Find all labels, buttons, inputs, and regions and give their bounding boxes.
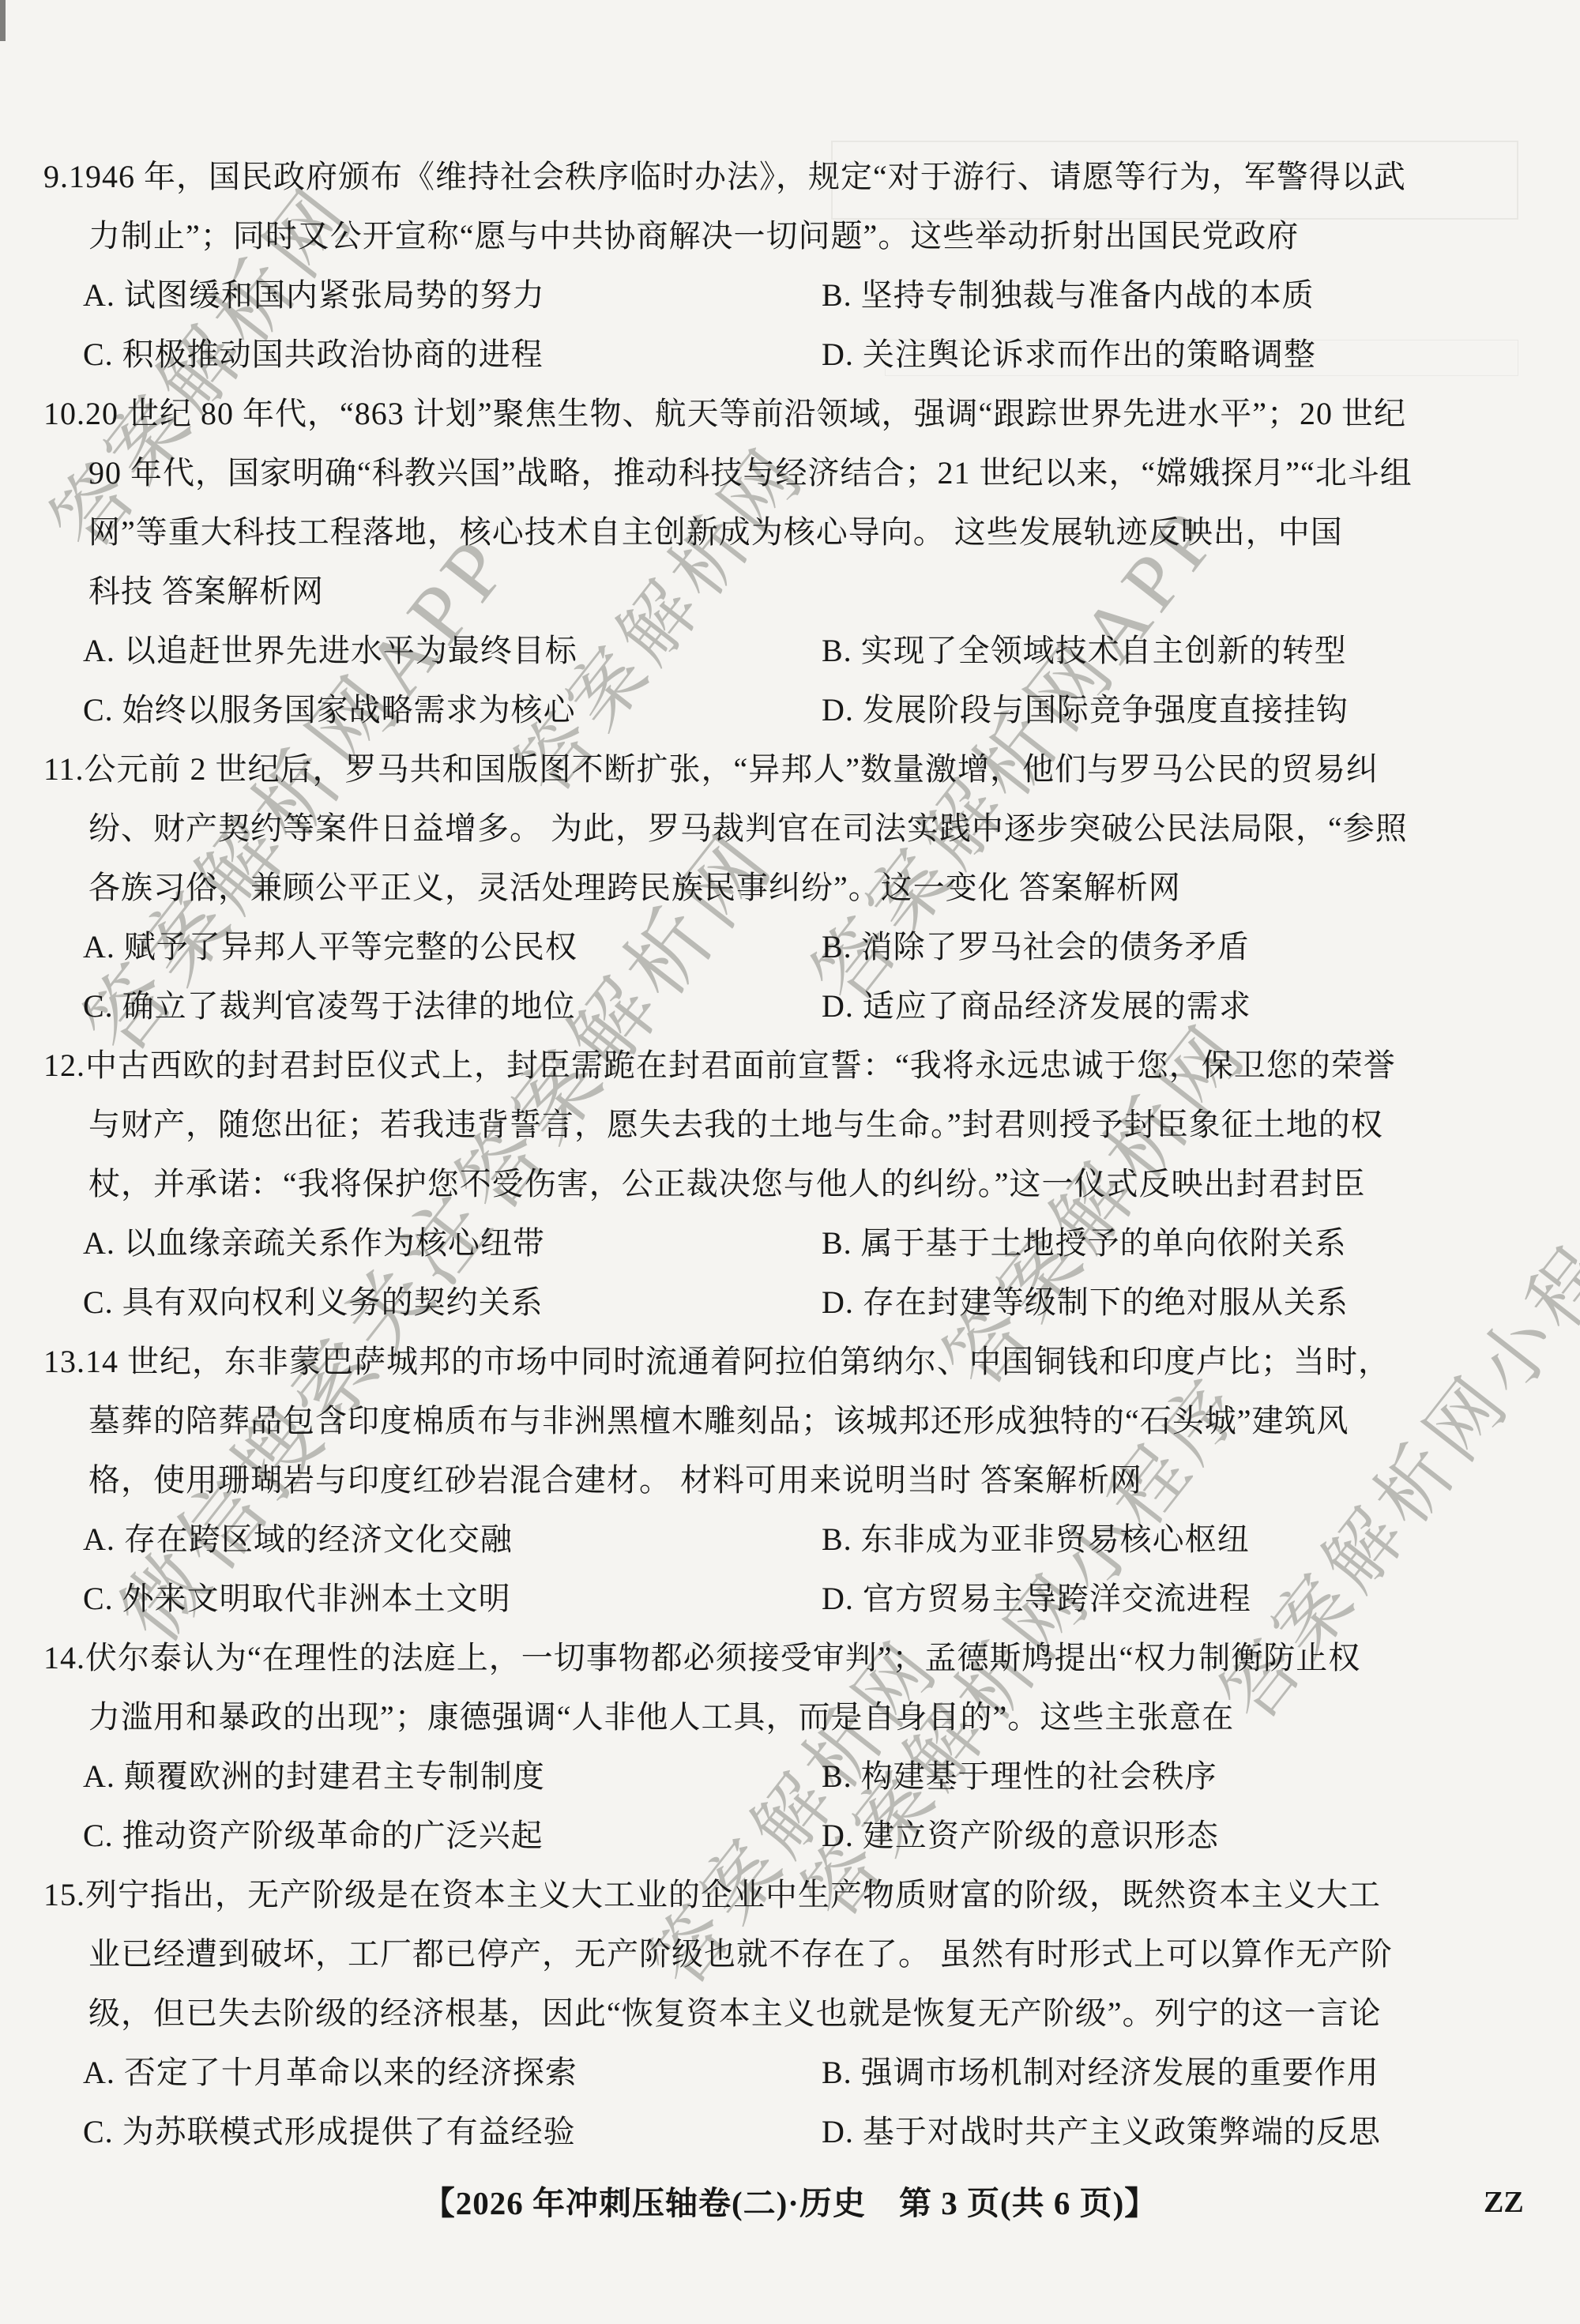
question-10: 10.20 世纪 80 年代，“863 计划”聚焦生物、航天等前沿领域，强调“跟…	[43, 384, 1540, 739]
option-b: B. 构建基于理性的社会秩序	[822, 1747, 1540, 1806]
option-d: D. 关注舆论诉求而作出的策略调整	[822, 325, 1540, 384]
option-row: A. 试图缓和国内紧张局势的努力 B. 坚持专制独裁与准备内战的本质	[43, 265, 1540, 325]
option-d: D. 官方贸易主导跨洋交流进程	[822, 1569, 1540, 1628]
option-c: C. 具有双向权利义务的契约关系	[83, 1273, 822, 1332]
option-a: A. 存在跨区域的经济文化交融	[83, 1510, 822, 1569]
option-row: C. 具有双向权利义务的契约关系 D. 存在封建等级制下的绝对服从关系	[43, 1273, 1540, 1332]
question-text-line: 格，使用珊瑚岩与印度红砂岩混合建材。 材料可用来说明当时 答案解析网	[43, 1450, 1540, 1510]
option-d: D. 适应了商品经济发展的需求	[822, 976, 1540, 1036]
option-row: A. 以血缘亲疏关系作为核心纽带 B. 属于基于土地授予的单向依附关系	[43, 1213, 1540, 1273]
question-text-line: 11.公元前 2 世纪后，罗马共和国版图不断扩张，“异邦人”数量激增，他们与罗马…	[43, 739, 1540, 799]
option-a: A. 以追赶世界先进水平为最终目标	[83, 621, 822, 680]
question-text-line: 13.14 世纪，东非蒙巴萨城邦的市场中同时流通着阿拉伯第纳尔、中国铜钱和印度卢…	[43, 1332, 1540, 1391]
option-c: C. 确立了裁判官凌驾于法律的地位	[83, 976, 822, 1036]
page-code: ZZ	[1484, 2185, 1524, 2220]
option-b: B. 属于基于土地授予的单向依附关系	[822, 1213, 1540, 1273]
question-text-line: 14.伏尔泰认为“在理性的法庭上，一切事物都必须接受审判”；孟德斯鸠提出“权力制…	[43, 1628, 1540, 1687]
question-text-line: 9.1946 年，国民政府颁布《维持社会秩序临时办法》，规定“对于游行、请愿等行…	[43, 147, 1540, 206]
question-text-line: 各族习俗，兼顾公平正义，灵活处理跨民族民事纠纷”。这一变化 答案解析网	[43, 858, 1540, 917]
option-a: A. 否定了十月革命以来的经济探索	[83, 2043, 822, 2102]
option-row: A. 以追赶世界先进水平为最终目标 B. 实现了全领域技术自主创新的转型	[43, 621, 1540, 680]
option-row: C. 确立了裁判官凌驾于法律的地位 D. 适应了商品经济发展的需求	[43, 976, 1540, 1036]
question-text-line: 杖，并承诺：“我将保护您不受伤害，公正裁决您与他人的纠纷。”这一仪式反映出封君封…	[43, 1154, 1540, 1213]
question-text-line: 力制止”；同时又公开宣称“愿与中共协商解决一切问题”。这些举动折射出国民党政府	[43, 206, 1540, 265]
option-c: C. 为苏联模式形成提供了有益经验	[83, 2102, 822, 2161]
exam-page: 答案解析网 答案解析网APP 答案解析网 微信搜索关注答案解析网 答案解析网AP…	[0, 0, 1580, 2324]
option-d: D. 存在封建等级制下的绝对服从关系	[822, 1273, 1540, 1332]
option-a: A. 试图缓和国内紧张局势的努力	[83, 265, 822, 325]
option-row: A. 否定了十月革命以来的经济探索 B. 强调市场机制对经济发展的重要作用	[43, 2043, 1540, 2102]
question-text-line: 墓葬的陪葬品包含印度棉质布与非洲黑檀木雕刻品；该城邦还形成独特的“石头城”建筑风	[43, 1391, 1540, 1450]
option-row: C. 为苏联模式形成提供了有益经验 D. 基于对战时共产主义政策弊端的反思	[43, 2102, 1540, 2161]
question-9: 9.1946 年，国民政府颁布《维持社会秩序临时办法》，规定“对于游行、请愿等行…	[43, 147, 1540, 384]
question-text-line: 纷、财产契约等案件日益增多。 为此，罗马裁判官在司法实践中逐步突破公民法局限，“…	[43, 799, 1540, 858]
question-text-line: 业已经遭到破坏，工厂都已停产，无产阶级也就不存在了。 虽然有时形式上可以算作无产…	[43, 1924, 1540, 1984]
option-b: B. 强调市场机制对经济发展的重要作用	[822, 2043, 1540, 2102]
question-text-line: 与财产，随您出征；若我违背誓言，愿失去我的土地与生命。”封君则授予封臣象征土地的…	[43, 1095, 1540, 1154]
option-b: B. 东非成为亚非贸易核心枢纽	[822, 1510, 1540, 1569]
page-footer: 【2026 年冲刺压轴卷(二)·历史 第 3 页(共 6 页)】	[0, 2177, 1580, 2224]
scan-edge-artifact	[0, 0, 6, 41]
question-11: 11.公元前 2 世纪后，罗马共和国版图不断扩张，“异邦人”数量激增，他们与罗马…	[43, 739, 1540, 1036]
option-b: B. 坚持专制独裁与准备内战的本质	[822, 265, 1540, 325]
question-text-line: 力滥用和暴政的出现”；康德强调“人非他人工具，而是自身目的”。这些主张意在	[43, 1687, 1540, 1747]
exam-content: 9.1946 年，国民政府颁布《维持社会秩序临时办法》，规定“对于游行、请愿等行…	[43, 147, 1540, 2161]
question-15: 15.列宁指出，无产阶级是在资本主义大工业的企业中生产物质财富的阶级，既然资本主…	[43, 1865, 1540, 2161]
option-d: D. 发展阶段与国际竞争强度直接挂钩	[822, 680, 1540, 739]
option-c: C. 推动资产阶级革命的广泛兴起	[83, 1806, 822, 1865]
option-a: A. 赋予了异邦人平等完整的公民权	[83, 917, 822, 976]
option-row: C. 积极推动国共政治协商的进程 D. 关注舆论诉求而作出的策略调整	[43, 325, 1540, 384]
option-row: C. 外来文明取代非洲本土文明 D. 官方贸易主导跨洋交流进程	[43, 1569, 1540, 1628]
option-c: C. 始终以服务国家战略需求为核心	[83, 680, 822, 739]
question-text-line: 级，但已失去阶级的经济根基，因此“恢复资本主义也就是恢复无产阶级”。列宁的这一言…	[43, 1984, 1540, 2043]
question-text-line: 科技 答案解析网	[43, 562, 1540, 621]
question-text-line: 12.中古西欧的封君封臣仪式上，封臣需跪在封君面前宣誓：“我将永远忠诚于您，保卫…	[43, 1036, 1540, 1095]
option-row: A. 赋予了异邦人平等完整的公民权 B. 消除了罗马社会的债务矛盾	[43, 917, 1540, 976]
question-text-line: 90 年代，国家明确“科教兴国”战略，推动科技与经济结合；21 世纪以来，“嫦娥…	[43, 443, 1540, 502]
option-d: D. 建立资产阶级的意识形态	[822, 1806, 1540, 1865]
question-13: 13.14 世纪，东非蒙巴萨城邦的市场中同时流通着阿拉伯第纳尔、中国铜钱和印度卢…	[43, 1332, 1540, 1628]
question-text-line: 15.列宁指出，无产阶级是在资本主义大工业的企业中生产物质财富的阶级，既然资本主…	[43, 1865, 1540, 1924]
question-text-line: 10.20 世纪 80 年代，“863 计划”聚焦生物、航天等前沿领域，强调“跟…	[43, 384, 1540, 443]
option-c: C. 积极推动国共政治协商的进程	[83, 325, 822, 384]
question-12: 12.中古西欧的封君封臣仪式上，封臣需跪在封君面前宣誓：“我将永远忠诚于您，保卫…	[43, 1036, 1540, 1332]
option-b: B. 消除了罗马社会的债务矛盾	[822, 917, 1540, 976]
option-row: A. 颠覆欧洲的封建君主专制制度 B. 构建基于理性的社会秩序	[43, 1747, 1540, 1806]
question-text-line: 网”等重大科技工程落地，核心技术自主创新成为核心导向。 这些发展轨迹反映出，中国	[43, 502, 1540, 562]
question-14: 14.伏尔泰认为“在理性的法庭上，一切事物都必须接受审判”；孟德斯鸠提出“权力制…	[43, 1628, 1540, 1865]
option-b: B. 实现了全领域技术自主创新的转型	[822, 621, 1540, 680]
option-a: A. 以血缘亲疏关系作为核心纽带	[83, 1213, 822, 1273]
option-row: A. 存在跨区域的经济文化交融 B. 东非成为亚非贸易核心枢纽	[43, 1510, 1540, 1569]
option-d: D. 基于对战时共产主义政策弊端的反思	[822, 2102, 1540, 2161]
option-c: C. 外来文明取代非洲本土文明	[83, 1569, 822, 1628]
option-a: A. 颠覆欧洲的封建君主专制制度	[83, 1747, 822, 1806]
option-row: C. 推动资产阶级革命的广泛兴起 D. 建立资产阶级的意识形态	[43, 1806, 1540, 1865]
option-row: C. 始终以服务国家战略需求为核心 D. 发展阶段与国际竞争强度直接挂钩	[43, 680, 1540, 739]
